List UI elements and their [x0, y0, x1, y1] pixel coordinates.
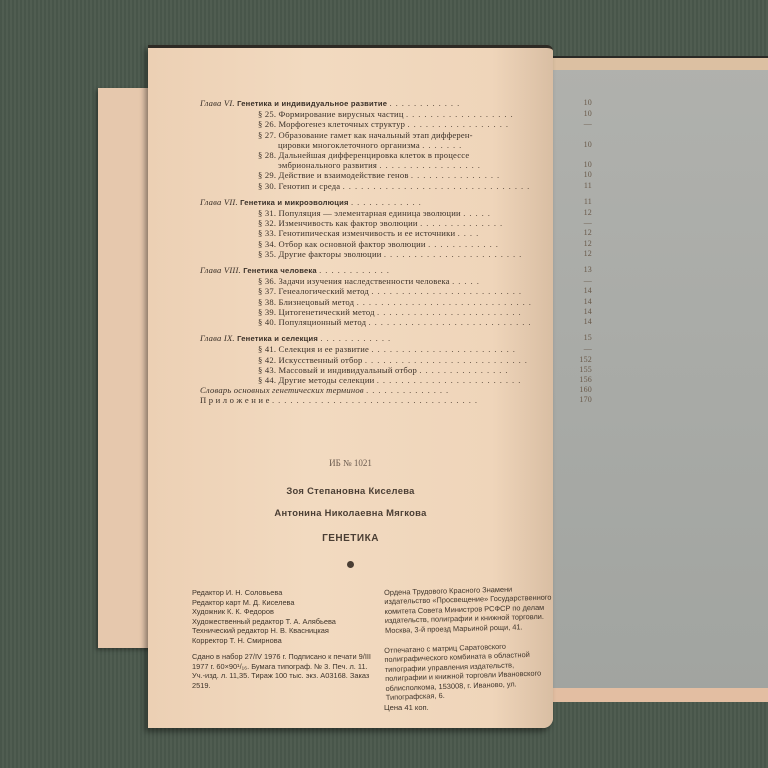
leader-dots: ...............	[419, 365, 511, 375]
section-number: § 30.	[258, 181, 279, 191]
section-title: Массовый и индивидуальный отбор	[279, 365, 420, 375]
section-title: Селекция и ее развитие	[279, 344, 372, 354]
page-number: 10	[584, 98, 592, 108]
section-title: Образование гамет как начальный этап диф…	[279, 130, 473, 140]
toc-chapter: Глава VI. Генетика и индивидуальное разв…	[200, 98, 600, 109]
section-title: Цитогенетический метод	[279, 307, 378, 317]
toc-section: § 40. Популяционный метод ..............…	[200, 317, 600, 327]
chapter-label: Глава VI.	[200, 98, 237, 108]
leader-dots: ............	[320, 333, 394, 343]
section-title: Изменчивость как фактор эволюции	[279, 218, 421, 228]
credit-line: Редактор карт М. Д. Киселева	[192, 598, 336, 608]
toc-section: § 34. Отбор как основной фактор эволюции…	[200, 239, 600, 249]
section-title: Формирование вирусных частиц	[279, 109, 406, 119]
ib-number: ИБ № 1021	[148, 458, 553, 468]
printed-by-info: Отпечатано с матриц Саратовского полигра…	[384, 640, 556, 702]
section-title: Генотипическая изменчивость и ее источни…	[279, 228, 458, 238]
page-number: 10	[584, 109, 592, 119]
leader-dots: .....	[463, 208, 494, 218]
toc-section: § 31. Популяция — элементарная единица э…	[200, 208, 600, 218]
toc-appendix-title: П р и л о ж е н и е	[200, 395, 272, 405]
leader-dots: ............	[319, 265, 393, 275]
toc-section: § 26. Морфогенез клеточных структур ....…	[200, 119, 600, 129]
page-number: —	[584, 218, 592, 228]
right-cover-top-edge	[545, 56, 768, 70]
book-title: ГЕНЕТИКА	[148, 533, 553, 544]
leader-dots: ....	[458, 228, 483, 238]
toc-section-continuation: эмбрионального развития ................…	[200, 160, 600, 170]
page-number: 12	[584, 249, 592, 259]
page-number: 12	[584, 228, 592, 238]
toc-section: § 32. Изменчивость как фактор эволюции .…	[200, 218, 600, 228]
credit-line: Художественный редактор Т. А. Алябьева	[192, 617, 336, 627]
section-number: § 42.	[258, 355, 279, 365]
toc-chapter: Глава IX. Генетика и селекция ..........…	[200, 333, 600, 344]
page-number: —	[584, 119, 592, 129]
leader-dots: ...........................	[369, 317, 535, 327]
toc-section: § 35. Другие факторы эволюции ..........…	[200, 249, 600, 259]
toc-section: § 38. Близнецовый метод ................…	[200, 297, 600, 307]
section-number: § 35.	[258, 249, 279, 259]
credit-line: Редактор И. Н. Соловьева	[192, 588, 336, 598]
chapter-title: Генетика человека	[243, 266, 319, 275]
leader-dots: .................	[379, 160, 484, 170]
credits-list: Редактор И. Н. Соловьева Редактор карт М…	[192, 588, 336, 646]
leader-dots: .................	[407, 119, 512, 129]
section-title: Дальнейшая дифференцировка клеток в проц…	[279, 150, 470, 160]
leader-dots: ........................	[377, 375, 525, 385]
page-number: 12	[584, 208, 592, 218]
section-title: Генотип и среда	[279, 181, 343, 191]
section-number: § 34.	[258, 239, 279, 249]
leader-dots: .....	[452, 276, 483, 286]
publisher-mark-icon	[347, 561, 354, 568]
toc-chapter: Глава VII. Генетика и микроэволюция ....…	[200, 197, 600, 208]
page-number: —	[584, 344, 592, 354]
section-number: § 32.	[258, 218, 279, 228]
page-number: 13	[584, 265, 592, 275]
credit-line: Корректор Т. Н. Смирнова	[192, 636, 336, 646]
credit-line: Технический редактор Н. В. Квасницкая	[192, 626, 336, 636]
page-number: 15	[584, 333, 592, 343]
toc-section: § 43. Массовый и индивидуальный отбор ..…	[200, 365, 600, 375]
chapter-title: Генетика и индивидуальное развитие	[237, 99, 389, 108]
section-title: Генеалогический метод	[279, 286, 372, 296]
leader-dots: ............	[428, 239, 502, 249]
author-1: Зоя Степановна Киселева	[148, 485, 553, 496]
leader-dots: ..................................	[272, 395, 481, 405]
leader-dots: ...............................	[343, 181, 534, 191]
leader-dots: ...........................	[365, 355, 531, 365]
chapter-label: Глава IX.	[200, 333, 237, 343]
page-number: 10	[584, 170, 592, 180]
section-number: § 31.	[258, 208, 279, 218]
leader-dots: ..............	[420, 218, 506, 228]
page-number: 11	[584, 197, 592, 207]
section-title-cont: эмбрионального развития	[278, 160, 379, 170]
section-number: § 38.	[258, 297, 279, 307]
book-page: Глава VI. Генетика и индивидуальное разв…	[148, 45, 553, 728]
section-title: Популяционный метод	[279, 317, 369, 327]
section-number: § 41.	[258, 344, 279, 354]
section-title: Отбор как основной фактор эволюции	[279, 239, 429, 249]
page-number: 152	[579, 355, 592, 365]
page-number: 156	[579, 375, 592, 385]
section-title: Близнецовый метод	[279, 297, 357, 307]
section-title-cont: цировки многоклеточного организма	[278, 140, 422, 150]
section-title: Популяция — элементарная единица эволюци…	[279, 208, 464, 218]
toc-chapter: Глава VIII. Генетика человека ..........…	[200, 265, 600, 276]
toc-section: § 25. Формирование вирусных частиц .....…	[200, 109, 600, 119]
page-number: 170	[579, 395, 592, 405]
chapter-label: Глава VII.	[200, 197, 240, 207]
section-number: § 39.	[258, 307, 279, 317]
page-number: 11	[584, 181, 592, 191]
section-title: Морфогенез клеточных структур	[279, 119, 408, 129]
toc-section: § 41. Селекция и ее развитие ...........…	[200, 344, 600, 354]
section-title: Действие и взаимодействие генов	[279, 170, 411, 180]
toc-glossary: Словарь основных генетических терминов .…	[200, 385, 600, 395]
page-number: 12	[584, 239, 592, 249]
page-number: —	[584, 276, 592, 286]
price: Цена 41 коп.	[384, 703, 429, 712]
toc-section: § 37. Генеалогический метод ............…	[200, 286, 600, 296]
leader-dots: ..................	[406, 109, 517, 119]
section-title: Другие методы селекции	[279, 375, 377, 385]
toc-section: § 28. Дальнейшая дифференцировка клеток …	[200, 150, 600, 160]
section-number: § 26.	[258, 119, 279, 129]
section-number: § 40.	[258, 317, 279, 327]
section-number: § 36.	[258, 276, 279, 286]
section-number: § 44.	[258, 375, 279, 385]
section-title: Задачи изучения наследственности человек…	[279, 276, 453, 286]
page-number: 14	[584, 286, 592, 296]
page-number: 160	[579, 385, 592, 395]
toc-section: § 36. Задачи изучения наследственности ч…	[200, 276, 600, 286]
credit-line: Художник К. К. Федоров	[192, 607, 336, 617]
toc-appendix: П р и л о ж е н и е ....................…	[200, 395, 600, 405]
toc-glossary-title: Словарь основных генетических терминов	[200, 385, 366, 395]
leader-dots: ........................	[377, 307, 525, 317]
leader-dots: .......................	[384, 249, 525, 259]
leader-dots: ............	[351, 197, 425, 207]
toc-section: § 33. Генотипическая изменчивость и ее и…	[200, 228, 600, 238]
page-number: 14	[584, 307, 592, 317]
page-number: 10	[584, 160, 592, 170]
toc-section-continuation: цировки многоклеточного организма ......…	[200, 140, 600, 150]
page-number: 14	[584, 317, 592, 327]
section-number: § 25.	[258, 109, 279, 119]
section-number: § 27.	[258, 130, 279, 140]
leader-dots: ..............	[366, 385, 452, 395]
section-number: § 29.	[258, 170, 279, 180]
author-2: Антонина Николаевна Мягкова	[148, 507, 553, 518]
table-of-contents: Глава VI. Генетика и индивидуальное разв…	[200, 98, 600, 406]
publisher-info: Ордена Трудового Красного Знамени издате…	[384, 584, 555, 635]
toc-section: § 44. Другие методы селекции ...........…	[200, 375, 600, 385]
page-number: 10	[584, 140, 592, 150]
toc-section: § 42. Искусственный отбор ..............…	[200, 355, 600, 365]
section-number: § 37.	[258, 286, 279, 296]
chapter-label: Глава VIII.	[200, 265, 243, 275]
section-title: Другие факторы эволюции	[279, 249, 384, 259]
section-number: § 33.	[258, 228, 279, 238]
right-cover-bottom-edge	[545, 688, 768, 702]
toc-section: § 27. Образование гамет как начальный эт…	[200, 130, 600, 140]
toc-section: § 30. Генотип и среда ..................…	[200, 181, 600, 191]
section-title: Искусственный отбор	[279, 355, 365, 365]
page-number: 14	[584, 297, 592, 307]
section-number: § 43.	[258, 365, 279, 375]
leader-dots: ............	[389, 98, 463, 108]
chapter-title: Генетика и микроэволюция	[240, 198, 351, 207]
leader-dots: ...............	[411, 170, 503, 180]
print-info: Сдано в набор 27/IV 1976 г. Подписано к …	[192, 652, 382, 690]
leader-dots: .........................	[371, 286, 525, 296]
leader-dots: .......	[422, 140, 465, 150]
page-number: 155	[579, 365, 592, 375]
toc-section: § 29. Действие и взаимодействие генов ..…	[200, 170, 600, 180]
toc-section: § 39. Цитогенетический метод ...........…	[200, 307, 600, 317]
leader-dots: ........................	[371, 344, 519, 354]
section-number: § 28.	[258, 150, 279, 160]
leader-dots: .............................	[357, 297, 535, 307]
chapter-title: Генетика и селекция	[237, 334, 320, 343]
